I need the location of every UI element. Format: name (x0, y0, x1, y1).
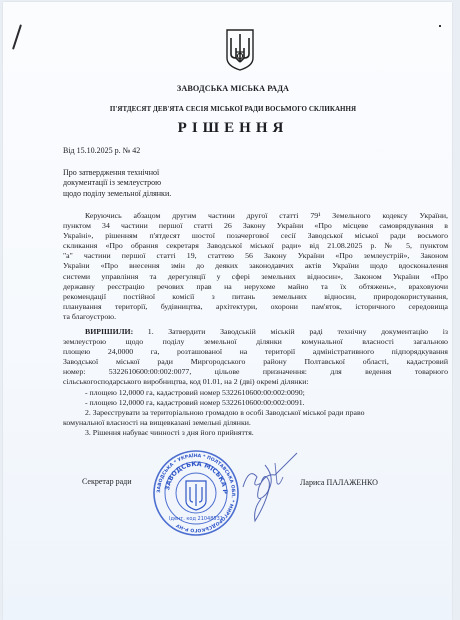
subject-block: Про затвердження технічної документації … (63, 168, 171, 199)
preamble-line: системи управління та дерегуляції у сфер… (63, 272, 448, 282)
pen-mark (12, 24, 22, 49)
plot-line: - площею 12,0000 га, кадастровий номер 5… (85, 388, 305, 398)
preamble-line: України «Про внесення змін до деяких зак… (63, 261, 448, 271)
subject-line: Про затвердження технічної (63, 168, 171, 178)
resolved-label: ВИРІШИЛИ: (85, 327, 133, 336)
document-title: РІШЕННЯ (3, 120, 460, 137)
preamble-line: Керуючись абзацом другим частини другої … (63, 211, 448, 221)
signatory-role: Секретар ради (82, 477, 131, 486)
preamble-paragraph: Керуючись абзацом другим частини другої … (63, 211, 448, 322)
resolution-item-1: ВИРІШИЛИ: 1. Затвердити Заводській міськ… (63, 327, 448, 388)
subject-line: щодо поділу земельної ділянки. (63, 189, 171, 199)
official-stamp-icon: ЗАВОДСЬКА * УКРАЇНА * ПОЛТАВСЬКА ОБЛ. * … (152, 449, 240, 537)
subject-line: документації із землеустрою (63, 178, 171, 188)
item1-line: Заводської міської ради Миргородського р… (63, 357, 448, 367)
item1-first-line: ВИРІШИЛИ: 1. Затвердити Заводській міськ… (63, 327, 448, 337)
preamble-line: пунктом 34 частини першої статті 26 Зако… (63, 221, 448, 231)
preamble-line: державну реєстрацію речових прав на неру… (63, 282, 448, 292)
preamble-line: планування території, будівництва, архіт… (63, 302, 448, 312)
signatory-name: Лариса ПАЛАЖЕНКО (300, 478, 378, 487)
item1-line: землеустрою щодо поділу земельної ділянк… (63, 337, 448, 347)
preamble-line: Україні», рішенням п'ятдесят шостої поза… (63, 231, 448, 241)
date-and-number: Від 15.10.2025 р. № 42 (63, 146, 140, 155)
preamble-line: скликання «Про обрання секретаря Заводсь… (63, 241, 448, 251)
preamble-line: та благоустрою. (63, 312, 448, 322)
plot-line: - площею 12,0000 га, кадастровий номер 5… (85, 398, 305, 408)
item2-line: 2. Зареєструвати за територіальною грома… (85, 408, 365, 418)
preamble-line: рекомендації постійної комісії з питань … (63, 292, 448, 302)
council-name: ЗАВОДСЬКА МІСЬКА РАДА (3, 84, 460, 93)
preamble-line: "а" частини першої статті 19, статтею 56… (63, 251, 448, 261)
session-title: П'ЯТДЕСЯТ ДЕВ'ЯТА СЕСІЯ МІСЬКОЇ РАДИ ВОС… (3, 105, 460, 113)
scan-speck (439, 25, 441, 27)
item1-line: площею 24,0000 га, розташованої на терит… (63, 347, 448, 357)
item2-line: комунальної власності на вищевказані зем… (63, 418, 251, 428)
document-page: ЗАВОДСЬКА МІСЬКА РАДА П'ЯТДЕСЯТ ДЕВ'ЯТА … (3, 2, 452, 620)
item1-line: 1. Затвердити Заводській міській раді те… (133, 327, 448, 336)
svg-text:Ідент. код 21048531: Ідент. код 21048531 (169, 516, 223, 522)
item1-line: сільськогосподарського виробництва, код … (63, 377, 448, 387)
trident-coat-of-arms-icon (225, 28, 255, 72)
handwritten-signature-icon (235, 447, 305, 529)
item3-line: 3. Рішення набуває чинності з дня його п… (85, 428, 254, 438)
item1-line: номер: 5322610600:00:002:0077, цільове п… (63, 367, 448, 377)
